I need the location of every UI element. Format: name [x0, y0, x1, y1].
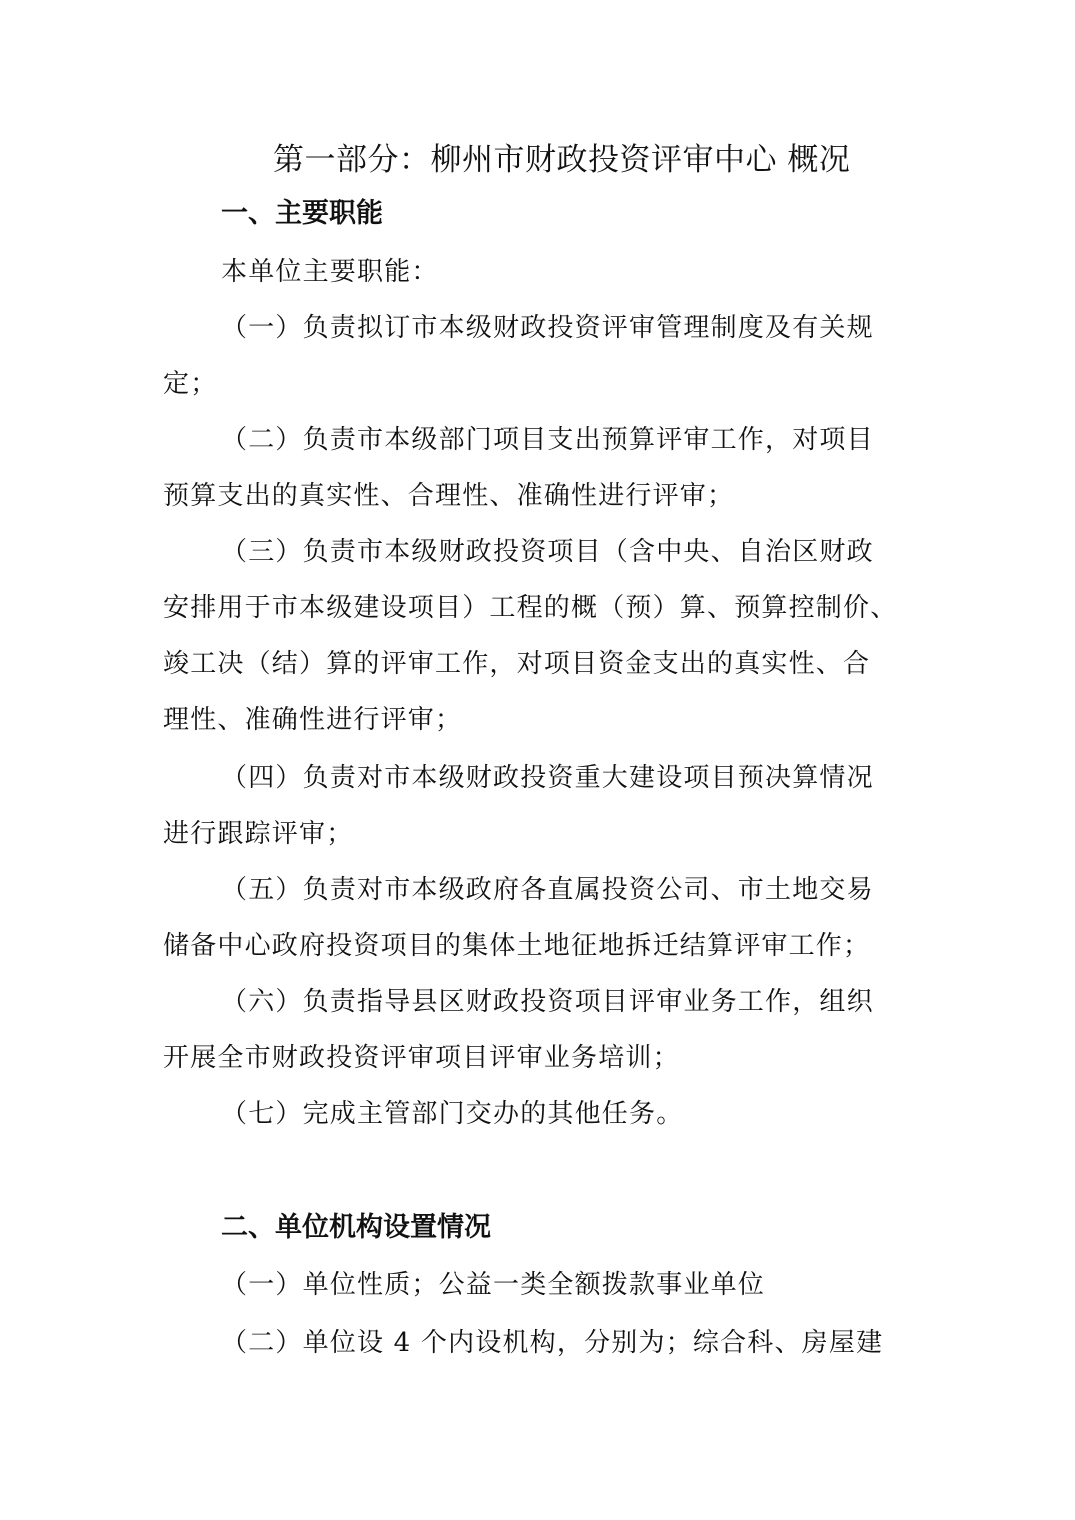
- function-item-3-line-2: 安排用于市本级建设项目）工程的概（预）算、预算控制价、: [163, 580, 915, 636]
- section-heading-org-structure: 二、单位机构设置情况: [221, 1210, 491, 1246]
- function-item-2-line-1: （二）负责市本级部门项目支出预算评审工作，对项目: [163, 412, 915, 468]
- function-item-2-line-2: 预算支出的真实性、合理性、准确性进行评审；: [163, 468, 915, 524]
- function-item-6: （六）负责指导县区财政投资项目评审业务工作，组织 开展全市财政投资评审项目评审业…: [163, 974, 915, 1086]
- function-item-1: （一）负责拟订市本级财政投资评审管理制度及有关规 定；: [163, 300, 915, 412]
- section-heading-main-functions: 一、主要职能: [221, 196, 383, 232]
- function-item-4-line-1: （四）负责对市本级财政投资重大建设项目预决算情况: [163, 750, 915, 806]
- function-item-3-line-4: 理性、准确性进行评审；: [163, 692, 915, 748]
- function-item-4-line-2: 进行跟踪评审；: [163, 806, 915, 862]
- function-item-6-line-1: （六）负责指导县区财政投资项目评审业务工作，组织: [163, 974, 915, 1030]
- function-item-3-line-3: 竣工决（结）算的评审工作，对项目资金支出的真实性、合: [163, 636, 915, 692]
- function-item-5-line-1: （五）负责对市本级政府各直属投资公司、市土地交易: [163, 862, 915, 918]
- document-title: 第一部分：柳州市财政投资评审中心 概况: [273, 140, 873, 180]
- function-item-5-line-2: 储备中心政府投资项目的集体土地征地拆迁结算评审工作；: [163, 918, 915, 974]
- function-item-6-line-2: 开展全市财政投资评审项目评审业务培训；: [163, 1030, 915, 1086]
- intro-paragraph: 本单位主要职能：: [163, 244, 915, 300]
- function-item-3: （三）负责市本级财政投资项目（含中央、自治区财政 安排用于市本级建设项目）工程的…: [163, 524, 915, 748]
- org-item-1-line-1: （一）单位性质；公益一类全额拨款事业单位: [163, 1257, 915, 1313]
- function-item-1-line-1: （一）负责拟订市本级财政投资评审管理制度及有关规: [163, 300, 915, 356]
- org-item-2: （二）单位设 4 个内设机构，分别为；综合科、房屋建: [163, 1315, 915, 1371]
- function-item-3-line-1: （三）负责市本级财政投资项目（含中央、自治区财政: [163, 524, 915, 580]
- function-item-7: （七）完成主管部门交办的其他任务。: [163, 1086, 915, 1142]
- function-item-2: （二）负责市本级部门项目支出预算评审工作，对项目 预算支出的真实性、合理性、准确…: [163, 412, 915, 524]
- function-item-7-line-1: （七）完成主管部门交办的其他任务。: [163, 1086, 915, 1142]
- function-item-5: （五）负责对市本级政府各直属投资公司、市土地交易 储备中心政府投资项目的集体土地…: [163, 862, 915, 974]
- intro-text: 本单位主要职能：: [163, 244, 915, 300]
- function-item-4: （四）负责对市本级财政投资重大建设项目预决算情况 进行跟踪评审；: [163, 750, 915, 862]
- org-item-1: （一）单位性质；公益一类全额拨款事业单位: [163, 1257, 915, 1313]
- function-item-1-line-2: 定；: [163, 356, 915, 412]
- org-item-2-line-1: （二）单位设 4 个内设机构，分别为；综合科、房屋建: [163, 1315, 915, 1371]
